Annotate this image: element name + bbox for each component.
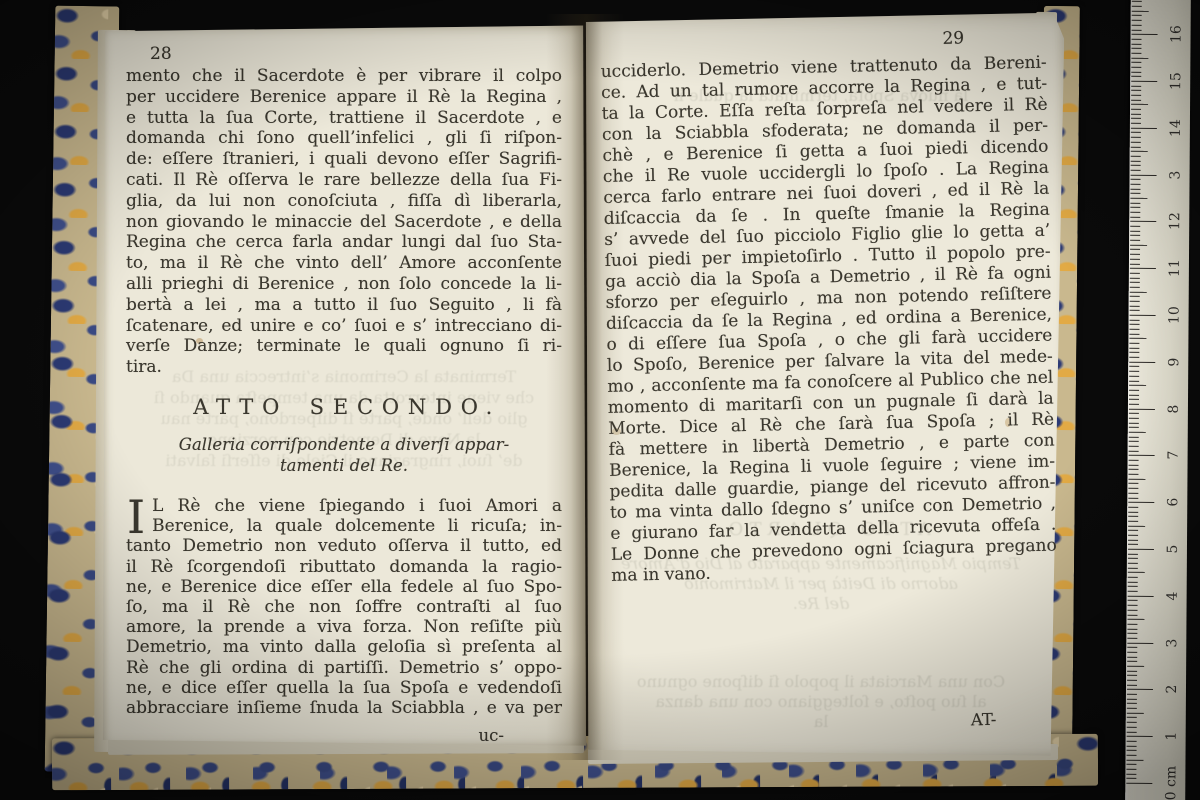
ruler-tick [1131, 71, 1141, 72]
ruler-number: 4 [1166, 578, 1180, 614]
ruler-tick [1130, 263, 1140, 264]
text-line: bertà a lei , ma a tutto il ſuo Seguito … [126, 295, 562, 316]
ruler-tick [1131, 90, 1141, 91]
ruler-tick [1127, 736, 1153, 737]
ruler-tick [1128, 563, 1138, 564]
left-paragraph-1: mento che il Sacerdote è per vibrare il … [126, 66, 562, 357]
ruler-tick [1126, 764, 1136, 765]
ruler-tick [1131, 85, 1141, 86]
ruler-tick [1130, 310, 1140, 311]
text-line: abbracciare inſieme ſnuda la Sciabbla , … [126, 698, 562, 718]
ruler-tick [1132, 25, 1142, 26]
ruler-tick [1131, 104, 1148, 105]
text-line: domanda chi ſono quell’infelici , gli ſi… [126, 128, 562, 149]
ruler-tick [1131, 48, 1141, 49]
ruler-tick [1130, 259, 1140, 260]
ruler-tick [1131, 81, 1157, 82]
ruler-tick [1129, 352, 1139, 353]
ruler-tick [1130, 221, 1156, 222]
ruler-tick [1129, 390, 1139, 391]
text-line: ſcatenare, ed unire e co’ ſuoi e s’ intr… [126, 316, 562, 337]
ruler-tick [1129, 455, 1155, 456]
ruler-tick [1129, 380, 1139, 381]
ruler-tick [1132, 39, 1142, 40]
ruler-tick [1128, 572, 1145, 573]
right-page-text-column: 29 ucciderlo. Demetrio viene trattenuto … [600, 27, 1057, 587]
ruler-tick [1129, 446, 1139, 447]
ruler-tick [1129, 404, 1139, 405]
ruler-tick [1131, 100, 1141, 101]
ruler-number: 11 [1168, 250, 1182, 286]
ruler-tick [1127, 638, 1137, 639]
ruler-tick [1129, 422, 1139, 423]
ruler-tick [1131, 160, 1141, 161]
ruler-tick [1127, 614, 1137, 615]
ruler-tick [1127, 680, 1137, 681]
ruler-tick [1129, 338, 1146, 339]
ruler-tick [1130, 240, 1140, 241]
ruler-tick [1126, 759, 1143, 760]
ruler-tick [1127, 675, 1137, 676]
ruler-tick [1127, 619, 1144, 620]
ruler-tick [1130, 235, 1140, 236]
ruler-tick [1127, 727, 1137, 728]
text-line: amore, la prende a viva forza. Non reſiſ… [126, 617, 562, 637]
ruler-tick [1130, 212, 1140, 213]
ruler-tick [1128, 493, 1138, 494]
ruler-tick [1130, 324, 1140, 325]
ruler-tick [1128, 488, 1138, 489]
ruler-tick [1128, 530, 1138, 531]
ruler-tick [1129, 385, 1146, 386]
ruler-tick [1130, 296, 1140, 297]
text-line: il Rè ſcorgendoſi ributtato domanda la r… [126, 557, 562, 577]
subtitle-line: Galleria corriſpondente a diverſi appar- [126, 434, 562, 455]
ruler-tick [1131, 62, 1141, 63]
ruler-tick [1128, 591, 1138, 592]
ruler-tick [1129, 418, 1139, 419]
ruler-tick [1127, 717, 1137, 718]
ruler-tick [1128, 483, 1138, 484]
ruler-tick [1132, 1, 1142, 2]
ruler-tick [1131, 151, 1148, 152]
ruler-tick [1129, 394, 1139, 395]
ruler-tick [1128, 516, 1138, 517]
ruler-tick [1127, 741, 1137, 742]
ruler-number: 7 [1166, 437, 1180, 473]
text-line: cati. Il Rè oſſerva le rare bellezze del… [126, 170, 562, 191]
ruler-tick [1128, 596, 1154, 597]
ruler-tick [1128, 586, 1138, 587]
act-heading: ATTO SECONDO. [126, 394, 562, 420]
ruler-tick [1130, 188, 1140, 189]
ruler-tick [1128, 582, 1138, 583]
ruler-tick [1131, 184, 1141, 185]
ruler-number: 10 [1167, 297, 1181, 333]
ruler-tick [1127, 689, 1153, 690]
ruler-tick [1131, 132, 1141, 133]
ruler-tick [1130, 277, 1140, 278]
ruler-tick [1129, 362, 1155, 363]
page-number-left: 28 [126, 44, 562, 66]
ruler-tick [1132, 29, 1142, 30]
ruler-tick [1127, 647, 1137, 648]
ruler-tick [1131, 156, 1141, 157]
ruler-tick [1129, 427, 1139, 428]
ruler-tick [1131, 142, 1141, 143]
ruler-tick [1127, 745, 1137, 746]
ruler-tick [1131, 109, 1141, 110]
ruler-tick [1128, 577, 1138, 578]
text-line: alli prieghi di Berenice , non ſolo conc… [126, 274, 562, 295]
ruler-number: 3 [1168, 157, 1182, 193]
ruler-tick [1130, 193, 1140, 194]
ruler-tick [1130, 315, 1156, 316]
ruler-tick [1128, 610, 1138, 611]
ruler-tick [1127, 661, 1137, 662]
ruler-tick [1131, 137, 1141, 138]
ruler-tick [1130, 282, 1140, 283]
centimeter-ruler: 0 cm1234567891011123141516 [1125, 0, 1191, 800]
ruler-tick [1126, 769, 1136, 770]
text-line: to, ma il Rè che vinto dell’ Amore accon… [126, 253, 562, 274]
ruler-tick [1130, 207, 1140, 208]
ruler-tick [1130, 249, 1140, 250]
ruler-number: 12 [1168, 203, 1182, 239]
ruler-tick [1128, 553, 1138, 554]
ruler-number: 2 [1165, 671, 1179, 707]
ruler-tick [1129, 460, 1139, 461]
ruler-tick [1127, 708, 1137, 709]
ruler-tick [1129, 343, 1139, 344]
ruler-number: 8 [1167, 391, 1181, 427]
ruler-tick [1129, 408, 1155, 409]
left-paragraph-2: I L Rè che viene ſpiegando i ſuoi Amori … [126, 496, 562, 718]
ruler-tick [1127, 722, 1137, 723]
ruler-tick [1128, 521, 1138, 522]
ruler-tick [1128, 497, 1138, 498]
text-line: ne, e Berenice dice eſſer ella fedele al… [126, 577, 562, 597]
ruler-tick [1131, 165, 1141, 166]
ruler-tick [1127, 685, 1137, 686]
ruler-tick [1131, 43, 1141, 44]
ruler-tick [1130, 287, 1140, 288]
ruler-tick [1127, 750, 1137, 751]
ruler-tick [1130, 198, 1147, 199]
ruler-tick [1128, 525, 1145, 526]
ruler-tick [1131, 95, 1141, 96]
ruler-tick [1129, 436, 1139, 437]
ruler-tick [1131, 128, 1157, 129]
ruler-number: 6 [1166, 484, 1180, 520]
ruler-tick [1127, 670, 1137, 671]
ruler-tick [1130, 301, 1140, 302]
ruler-tick [1127, 755, 1137, 756]
ruler-tick [1129, 451, 1139, 452]
text-line: ſo, ma il Rè che non ſoffre contraſti al… [126, 597, 562, 617]
left-page-text-column: 28 mento che il Sacerdote è per vibrare … [126, 44, 562, 718]
ruler-tick [1130, 202, 1140, 203]
text-line: Demetrio, ma vinto dalla geloſia sì preſ… [126, 637, 562, 657]
right-paragraph: ucciderlo. Demetrio viene trattenuto da … [601, 53, 1057, 566]
ruler-number: 3 [1165, 625, 1179, 661]
ruler-number: 14 [1169, 110, 1183, 146]
scene-subtitle: Galleria corriſpondente a diverſi appar-… [126, 434, 562, 476]
ruler-number: 1 [1165, 718, 1179, 754]
ruler-tick [1132, 6, 1142, 7]
ruler-tick [1127, 694, 1137, 695]
ruler-number: 9 [1167, 344, 1181, 380]
ruler-tick [1128, 474, 1138, 475]
text-line: tira. [126, 357, 562, 378]
ruler-number: 15 [1169, 63, 1183, 99]
drop-cap-initial: I [126, 496, 152, 536]
ruler-tick [1129, 413, 1139, 414]
text-line: Regina che cerca farla andar lungi dal ſ… [126, 232, 562, 253]
ruler-tick [1128, 502, 1154, 503]
ruler-tick [1130, 254, 1140, 255]
ruler-tick [1130, 319, 1140, 320]
ruler-tick [1128, 600, 1138, 601]
ruler-tick [1126, 773, 1136, 774]
ruler-tick [1127, 699, 1137, 700]
text-line: ne, e dice eſſer quella la ſua Spoſa e v… [126, 678, 562, 698]
ruler-tick [1128, 511, 1138, 512]
ruler-tick [1130, 291, 1147, 292]
photo-of-open-book: Terminata la Cerimonia s’intreccia una D… [0, 0, 1200, 800]
ruler-tick [1129, 329, 1139, 330]
ruler-tick [1131, 67, 1141, 68]
ruler-tick [1129, 376, 1139, 377]
ruler-tick [1129, 469, 1139, 470]
ruler-tick [1127, 652, 1137, 653]
text-line: glia, da lui non conoſciuta , fiſſa dì l… [126, 191, 562, 212]
ruler-tick [1129, 348, 1139, 349]
ruler-tick [1130, 268, 1156, 269]
ruler-tick [1127, 656, 1137, 657]
text-line: tanto Demetrio non veduto oſſerva il tut… [126, 536, 562, 556]
ruler-tick [1127, 628, 1137, 629]
text-line: Rè che gli ordina di partiſſi. Demetrio … [126, 658, 562, 678]
ruler-tick [1127, 624, 1137, 625]
text-line: de: eſſere ſtranieri, i quali devono eſſ… [126, 149, 562, 170]
ruler-tick [1129, 399, 1139, 400]
text-line: per uccidere Berenice appare il Rè la Re… [126, 87, 562, 108]
text-line: mento che il Sacerdote è per vibrare il … [126, 66, 562, 87]
ruler-tick [1128, 535, 1138, 536]
ruler-tick [1130, 273, 1140, 274]
ruler-tick [1127, 703, 1137, 704]
ruler-number: 16 [1169, 16, 1183, 52]
ruler-tick [1127, 642, 1153, 643]
ruler-tick [1130, 305, 1140, 306]
ruler-tick [1127, 713, 1144, 714]
text-line: L Rè che viene ſpiegando i ſuoi Amori a [126, 496, 562, 516]
ruler-tick [1128, 507, 1138, 508]
ruler-tick [1128, 605, 1138, 606]
ruler-tick [1131, 174, 1157, 175]
ruler-tick [1128, 479, 1145, 480]
subtitle-line: tamenti del Re. [126, 455, 562, 476]
text-line: e tutta la ſua Corte, trattiene il Sacer… [126, 108, 562, 129]
ruler-tick [1130, 226, 1140, 227]
ruler-tick [1127, 731, 1137, 732]
ruler-tick [1131, 170, 1141, 171]
text-line: verſe Danze; terminate le quali ognuno ſ… [126, 336, 562, 357]
ruler-tick [1131, 179, 1141, 180]
ruler-tick [1129, 357, 1139, 358]
ruler-tick [1126, 783, 1152, 784]
ruler-tick [1128, 544, 1138, 545]
ruler-tick [1129, 334, 1139, 335]
ruler-tick [1128, 558, 1138, 559]
ruler-tick [1130, 217, 1140, 218]
ruler-tick [1127, 666, 1144, 667]
ruler-tick [1129, 441, 1139, 442]
ruler-tick [1131, 76, 1141, 77]
catchword-right: AT- [971, 710, 997, 730]
ruler-tick [1131, 146, 1141, 147]
ruler-tick [1127, 633, 1137, 634]
catchword-left: uc- [479, 726, 504, 745]
ruler-tick [1129, 465, 1139, 466]
ruler-tick [1131, 123, 1141, 124]
ruler-tick [1131, 114, 1141, 115]
ruler-tick [1132, 34, 1158, 35]
ruler-tick [1131, 53, 1141, 54]
ruler-number: 5 [1166, 531, 1180, 567]
text-line: non giovando le minaccie del Sacerdote ,… [126, 212, 562, 233]
ruler-tick [1130, 231, 1140, 232]
ruler-tick [1130, 245, 1147, 246]
ruler-tick [1129, 366, 1139, 367]
ruler-tick [1129, 432, 1146, 433]
ruler-number: 0 cm [1164, 765, 1178, 800]
ruler-tick [1128, 539, 1138, 540]
ruler-tick [1126, 778, 1136, 779]
ruler-tick [1129, 371, 1139, 372]
ruler-tick [1132, 20, 1142, 21]
ruler-tick [1132, 11, 1149, 12]
ruler-tick [1132, 15, 1142, 16]
ruler-tick [1131, 57, 1148, 58]
text-line: Berenice, la quale dolcemente li ricuſa;… [126, 516, 562, 536]
ruler-tick [1128, 549, 1154, 550]
ruler-tick [1128, 568, 1138, 569]
ruler-tick [1131, 118, 1141, 119]
